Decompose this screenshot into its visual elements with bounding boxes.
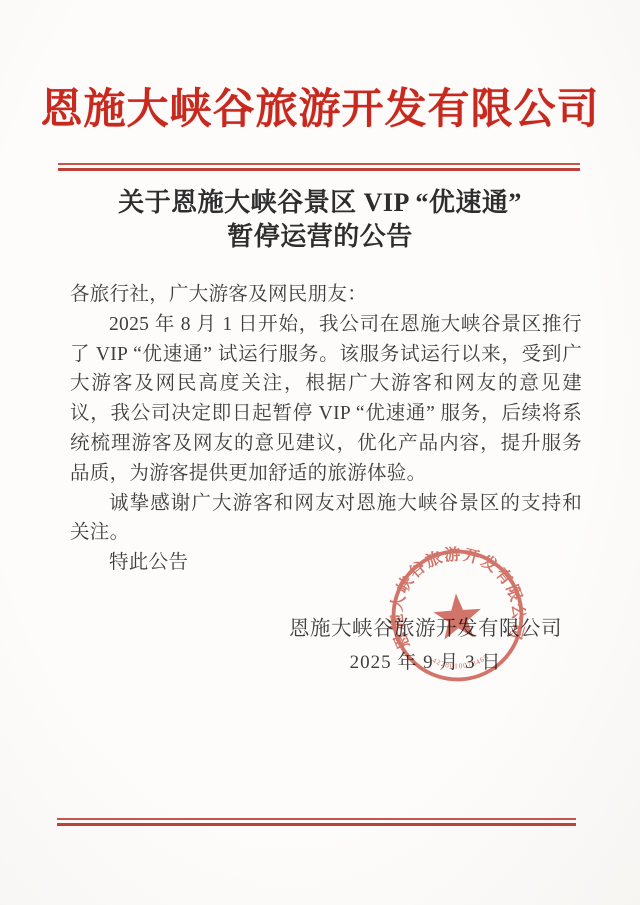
notice-title-line1: 关于恩施大峡谷景区 VIP “优速通”	[0, 186, 640, 220]
divider-thin-line	[58, 163, 580, 165]
footer-divider-thick-line	[57, 823, 576, 826]
closing-phrase: 特此公告	[70, 548, 582, 578]
signature-company-name: 恩施大峡谷旅游开发有限公司	[289, 616, 562, 642]
signature-block: 恩施大峡谷旅游开发有限公司 2025 年 9 月 3 日	[289, 616, 562, 675]
notice-document-page: 恩施大峡谷旅游开发有限公司 关于恩施大峡谷景区 VIP “优速通” 暂停运营的公…	[0, 0, 640, 905]
notice-title: 关于恩施大峡谷景区 VIP “优速通” 暂停运营的公告	[0, 186, 640, 254]
salutation-line: 各旅行社，广大游客及网民朋友：	[70, 280, 582, 310]
footer-divider	[57, 818, 576, 826]
notice-title-line2: 暂停运营的公告	[0, 220, 640, 254]
letterhead-divider	[58, 163, 580, 171]
signature-date: 2025 年 9 月 3 日	[289, 651, 562, 675]
body-paragraph-main: 2025 年 8 月 1 日开始，我公司在恩施大峡谷景区推行了 VIP “优速通…	[70, 310, 582, 489]
footer-divider-thin-line	[57, 818, 576, 820]
divider-thick-line	[58, 168, 580, 171]
body-paragraph-thanks: 诚挚感谢广大游客和网友对恩施大峡谷景区的支持和关注。	[70, 489, 582, 549]
letterhead-company-name: 恩施大峡谷旅游开发有限公司	[0, 86, 640, 134]
notice-body: 各旅行社，广大游客及网民朋友： 2025 年 8 月 1 日开始，我公司在恩施大…	[70, 280, 582, 578]
